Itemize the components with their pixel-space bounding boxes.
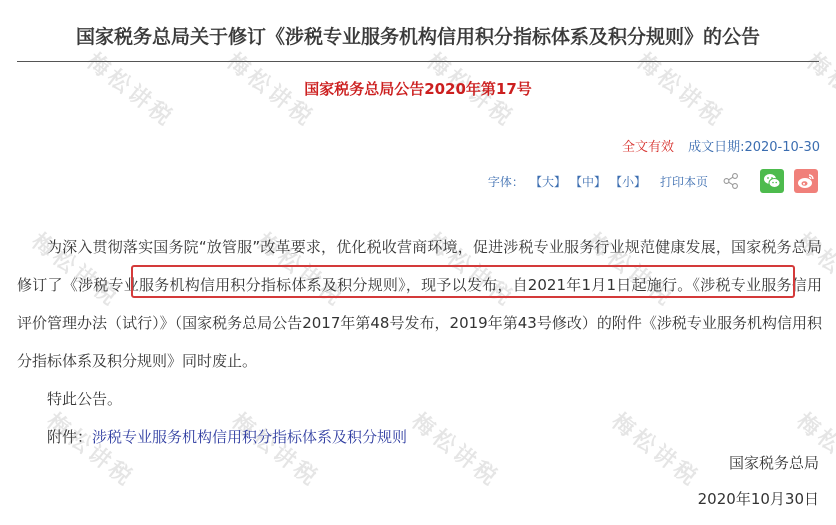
attachment-line: 附件：涉税专业服务机构信用积分指标体系及积分规则 xyxy=(17,418,822,456)
validity-status: 全文有效 xyxy=(622,136,674,155)
signature-org: 国家税务总局 xyxy=(729,452,819,473)
announcement-page: 梅松讲税 梅松讲税 梅松讲税 梅松讲税 梅松讲税 梅松讲税 梅松讲税 梅松讲税 … xyxy=(0,0,836,525)
weibo-share-button[interactable] xyxy=(794,169,818,193)
wechat-icon xyxy=(763,173,781,189)
attachment-label: 附件： xyxy=(47,428,92,446)
wechat-share-button[interactable] xyxy=(760,169,784,193)
main-paragraph: 为深入贯彻落实国务院“放管服”改革要求，优化税收营商环境，促进涉税专业服务行业规… xyxy=(17,228,822,380)
announcement-body: 为深入贯彻落实国务院“放管服”改革要求，优化税收营商环境，促进涉税专业服务行业规… xyxy=(17,228,822,456)
print-button[interactable]: 打印本页 xyxy=(660,173,708,190)
document-meta: 全文有效 成文日期:2020-10-30 xyxy=(622,136,820,155)
share-icon[interactable] xyxy=(722,172,740,190)
font-large-button[interactable]: 【大】 xyxy=(530,173,566,190)
title-divider xyxy=(17,61,819,62)
document-title: 国家税务总局关于修订《涉税专业服务机构信用积分指标体系及积分规则》的公告 xyxy=(0,22,836,49)
page-toolbar: 字体： 【大】 【中】 【小】 打印本页 xyxy=(488,168,818,194)
attachment-link[interactable]: 涉税专业服务机构信用积分指标体系及积分规则 xyxy=(92,428,407,446)
document-number: 国家税务总局公告2020年第17号 xyxy=(0,78,836,99)
weibo-icon xyxy=(797,173,815,189)
issue-date: 成文日期:2020-10-30 xyxy=(688,136,820,155)
font-small-button[interactable]: 【小】 xyxy=(610,173,646,190)
closing-line: 特此公告。 xyxy=(17,380,822,418)
font-medium-button[interactable]: 【中】 xyxy=(570,173,606,190)
signature-date: 2020年10月30日 xyxy=(698,488,819,509)
highlighted-text: 《涉税专业服务机构信用积分指标体系及积分规则》，现予以发布，自2021年1月1日… xyxy=(63,276,693,294)
font-size-label: 字体： xyxy=(488,173,524,190)
